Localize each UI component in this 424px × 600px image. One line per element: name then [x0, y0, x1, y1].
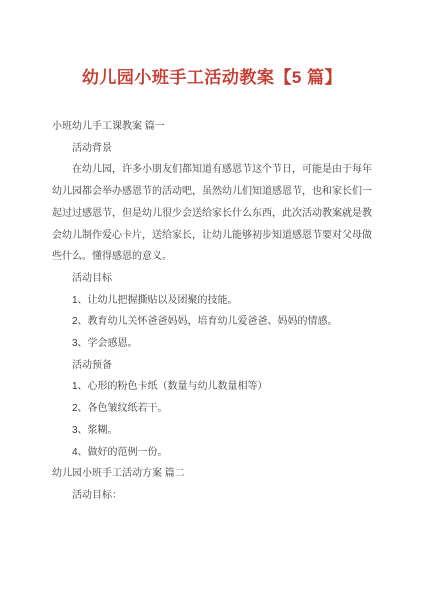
goal-list-item-3: 3、学会感恩。 [52, 333, 378, 355]
goal-list-item-1: 1、让幼儿把握撕贴以及团聚的技能。 [52, 290, 378, 312]
section-2-heading: 幼儿园小班手工活动方案 篇二 [52, 463, 378, 485]
subheading-activity-goals-2: 活动目标： [52, 485, 378, 507]
prep-list-item-2: 2、各色皱纹纸若干。 [52, 398, 378, 420]
goal-list-item-2: 2、教育幼儿关怀爸爸妈妈，培育幼儿爱爸爸、妈妈的情感。 [52, 311, 378, 333]
prep-list-item-4: 4、做好的范例一份。 [52, 442, 378, 464]
document-body: 小班幼儿手工课教案 篇一 活动背景 在幼儿园，许多小朋友们都知道有感恩节这个节日… [52, 116, 378, 507]
paragraph-activity-background: 在幼儿园，许多小朋友们都知道有感恩节这个节日，可能是由于每年幼儿园都会举办感恩节… [52, 159, 378, 268]
prep-list-item-1: 1、心形的粉色卡纸（数量与幼儿数量相等） [52, 376, 378, 398]
subheading-activity-background: 活动背景 [52, 138, 378, 160]
document-page: 幼儿园小班手工活动教案【5 篇】 小班幼儿手工课教案 篇一 活动背景 在幼儿园，… [0, 0, 424, 600]
subheading-activity-goals: 活动目标 [52, 268, 378, 290]
section-1-heading: 小班幼儿手工课教案 篇一 [52, 116, 378, 138]
subheading-activity-preparation: 活动预备 [52, 355, 378, 377]
prep-list-item-3: 3、浆糊。 [52, 420, 378, 442]
document-title: 幼儿园小班手工活动教案【5 篇】 [0, 66, 424, 90]
